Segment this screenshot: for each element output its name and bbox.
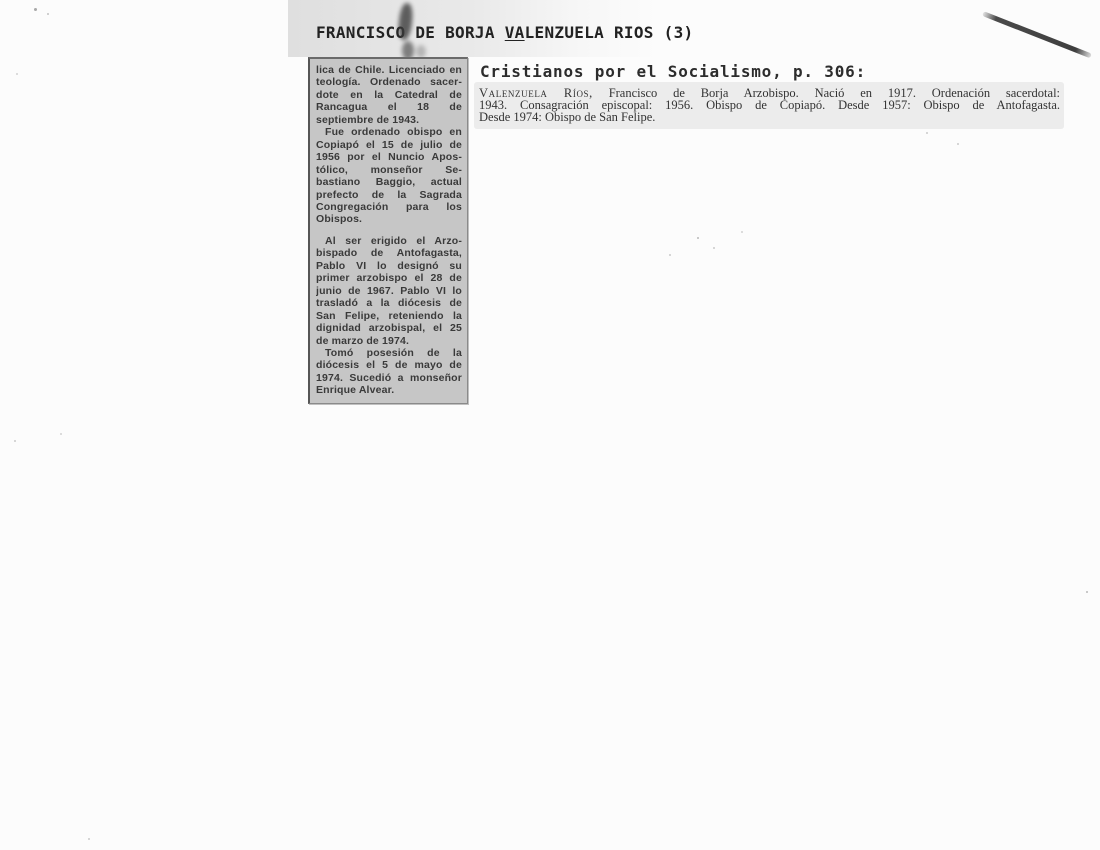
clipping-text-line: Rancagua el 18 de: [316, 101, 462, 113]
clipping-text: lica de Chile. Licenciado enteología. Or…: [316, 64, 462, 397]
clipping-text-line: 1956 por el Nuncio Apos-: [316, 151, 462, 163]
scan-speck: [926, 132, 928, 134]
scan-speck: [741, 231, 743, 233]
clipping-text-line: trasladó a la diócesis de: [316, 297, 462, 309]
clipping-text-line: [316, 226, 462, 235]
clipping-text-line: Tomó posesión de la: [316, 347, 462, 359]
clipping-text-line: Al ser erigido el Arzo-: [316, 235, 462, 247]
scan-speck: [669, 254, 671, 256]
entry-heading: Cristianos por el Socialismo, p. 306:: [480, 62, 866, 81]
clipping-text-line: Obispos.: [316, 213, 462, 225]
entry-text: Valenzuela Ríos, Francisco de Borja Arzo…: [479, 87, 1060, 123]
clipping-text-line: Fue ordenado obispo en: [316, 126, 462, 138]
newspaper-clipping: lica de Chile. Licenciado enteología. Or…: [308, 57, 468, 404]
scan-speck: [88, 838, 90, 840]
scan-speck: [34, 8, 37, 11]
scan-speck: [14, 440, 16, 442]
clipping-text-line: septiembre de 1943.: [316, 114, 462, 126]
scan-speck: [16, 73, 18, 75]
page-title: FRANCISCO DE BORJA VALENZUELA RIOS (3): [316, 23, 693, 42]
clipping-text-line: diócesis el 5 de mayo de: [316, 359, 462, 371]
scan-speck: [697, 237, 699, 239]
scan-speck: [957, 143, 959, 145]
clipping-text-line: de marzo de 1974.: [316, 335, 462, 347]
clipping-text-line: lica de Chile. Licenciado en: [316, 64, 462, 76]
clipping-text-line: teología. Ordenado sacer-: [316, 76, 462, 88]
clipping-text-line: Copiapó el 15 de julio de: [316, 139, 462, 151]
clipping-text-line: 1974. Sucedió a monseñor: [316, 372, 462, 384]
clipping-text-line: junio de 1967. Pablo VI lo: [316, 285, 462, 297]
clipping-text-line: Pablo VI lo designó su: [316, 260, 462, 272]
diagonal-pen-mark: [982, 11, 1092, 58]
clipping-text-line: Enrique Alvear.: [316, 384, 462, 396]
clipping-text-line: bastiano Baggio, actual: [316, 176, 462, 188]
clipping-text-line: San Felipe, reteniendo la: [316, 310, 462, 322]
clipping-text-line: dignidad arzobispal, el 25: [316, 322, 462, 334]
scanned-document-page: { "document": { "header": { "title_pre":…: [0, 0, 1100, 850]
clipping-text-line: prefecto de la Sagrada: [316, 189, 462, 201]
scan-speck: [1086, 591, 1088, 593]
clipping-text-line: bispado de Antofagasta,: [316, 247, 462, 259]
entry-text-line: Desde 1974: Obispo de San Felipe.: [479, 111, 1060, 123]
clipping-text-line: Congregación para los: [316, 201, 462, 213]
clipping-text-line: primer arzobispo el 28 de: [316, 272, 462, 284]
clipping-text-line: dote en la Catedral de: [316, 89, 462, 101]
clipping-text-line: tólico, monseñor Se-: [316, 164, 462, 176]
page-title-underlined: VA: [505, 23, 525, 42]
page-title-post: LENZUELA RIOS (3): [525, 23, 694, 42]
scan-speck: [47, 13, 49, 15]
scan-speck: [713, 247, 715, 249]
scan-speck: [60, 433, 62, 435]
